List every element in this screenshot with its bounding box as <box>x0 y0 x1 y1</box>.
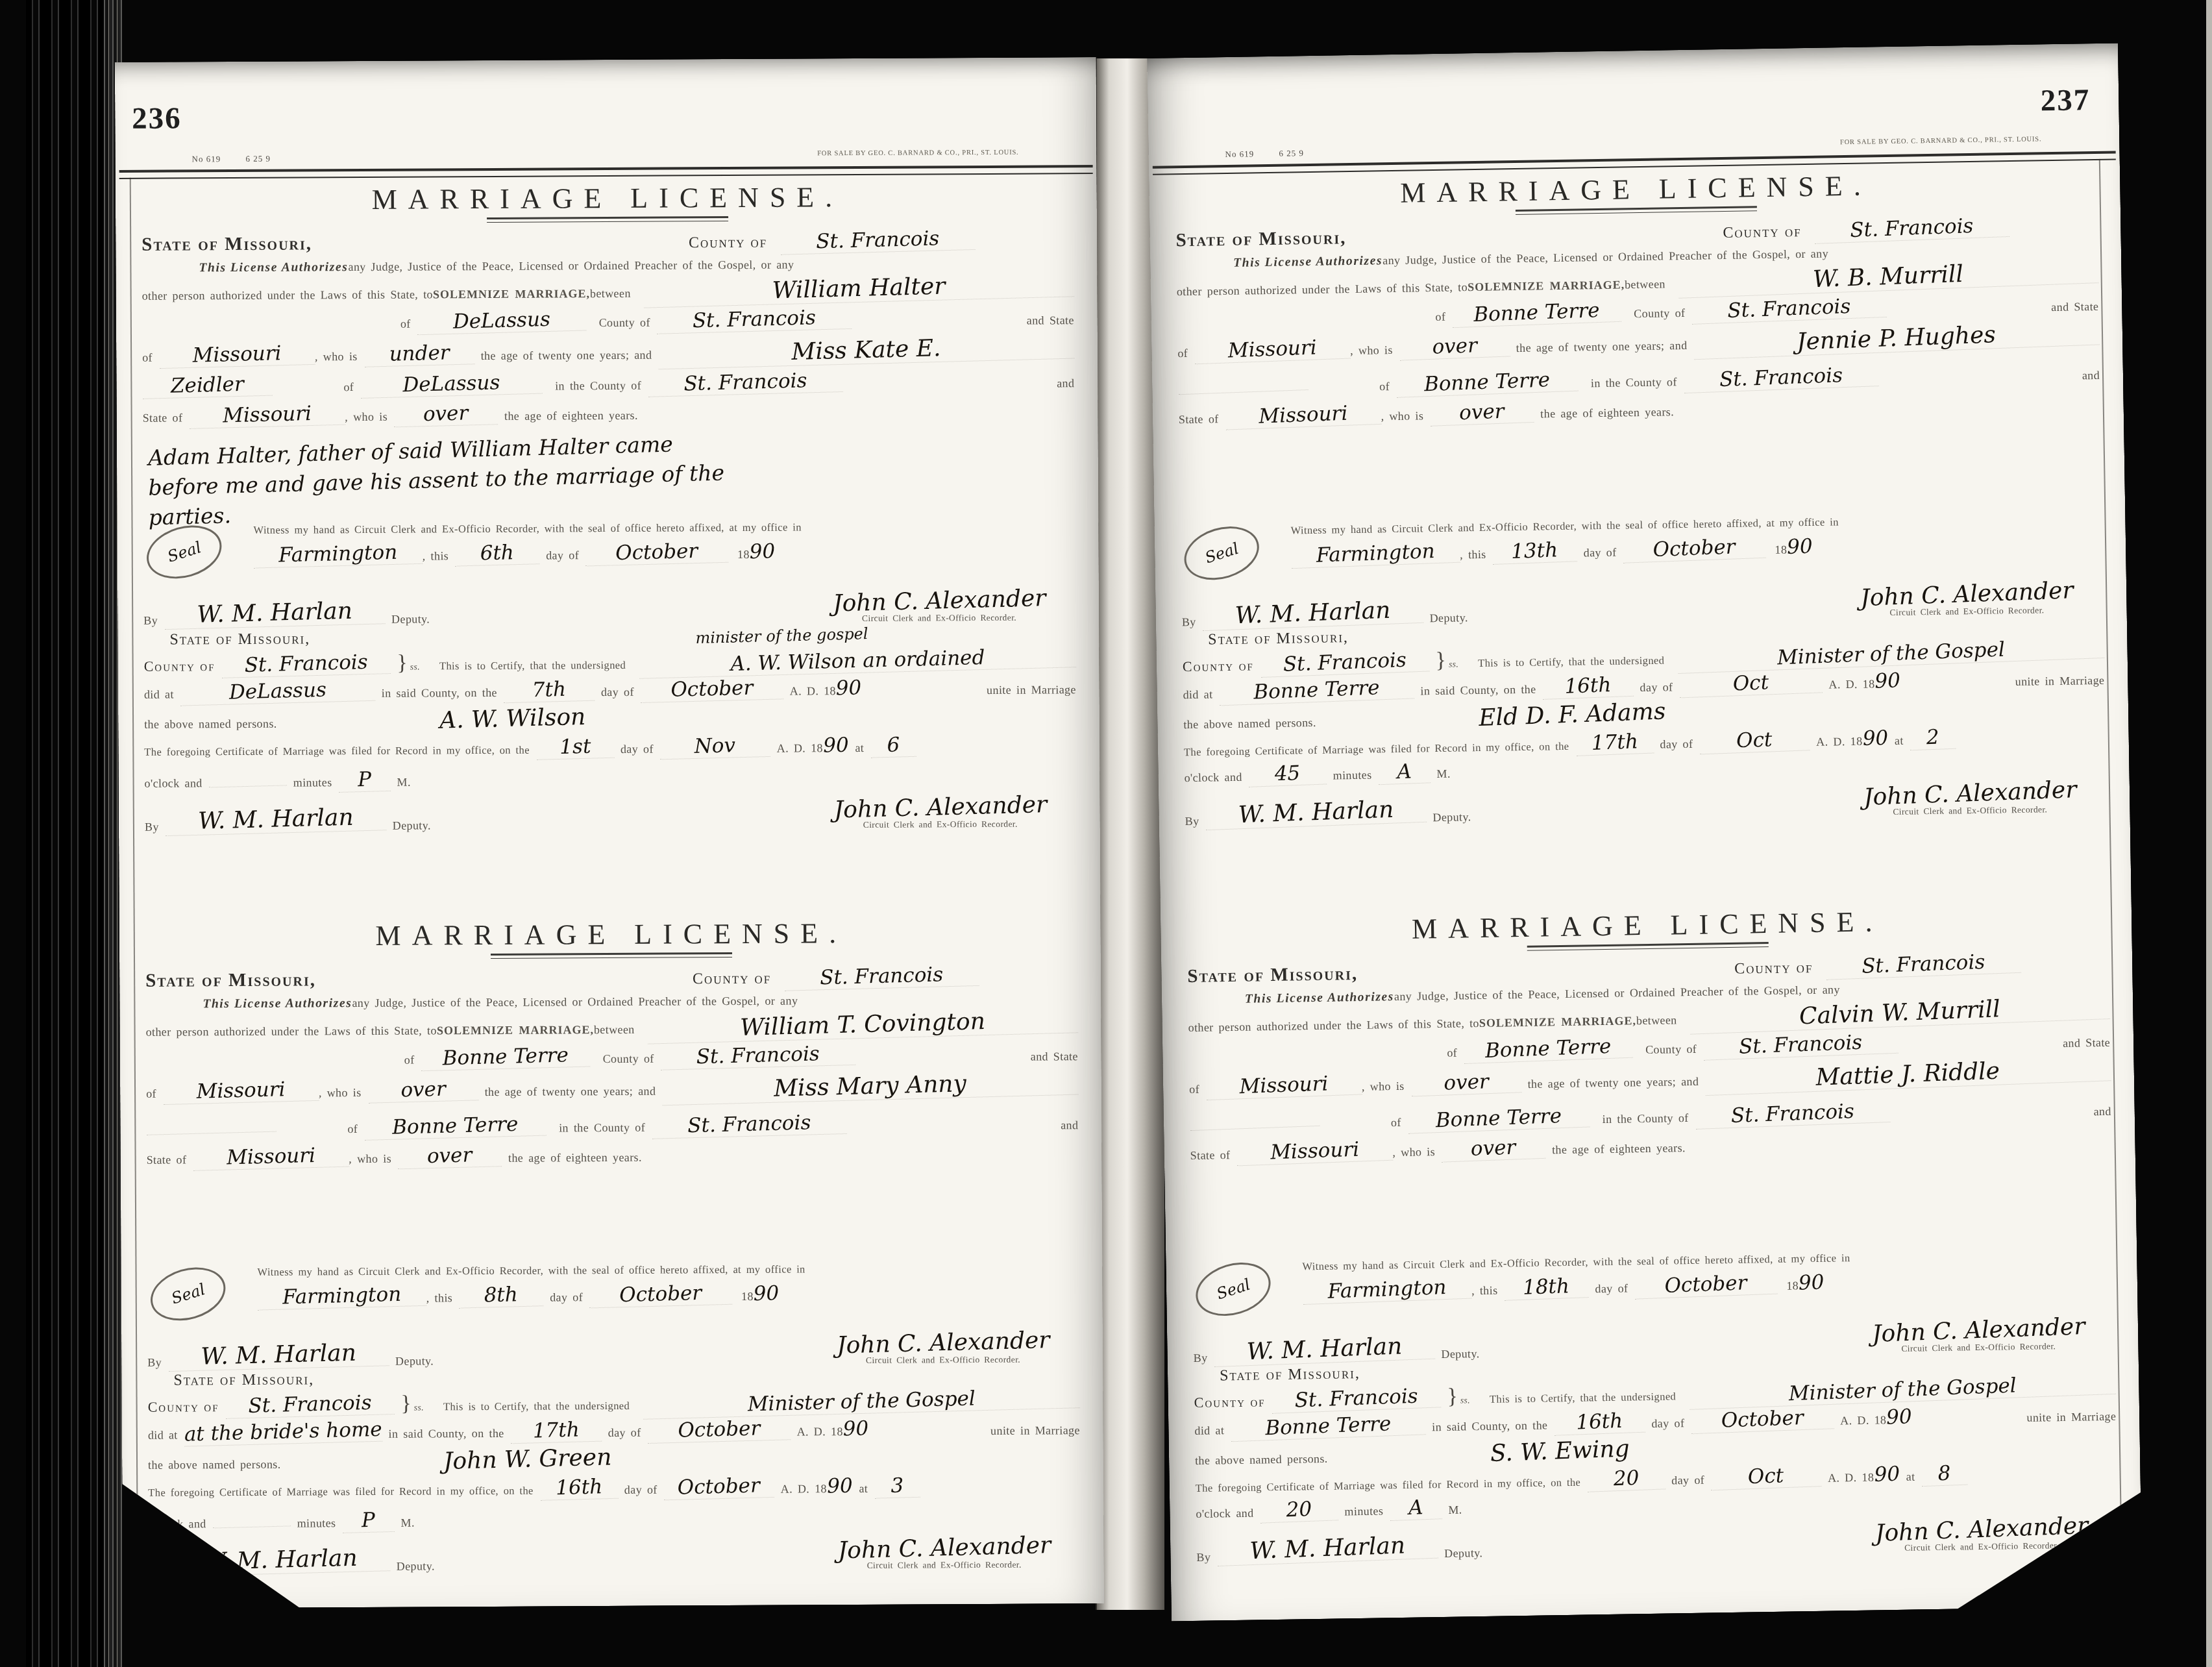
cert-state-row: State of Missouri, <box>147 1367 1079 1390</box>
cert-county: St. Francois <box>1272 1383 1441 1414</box>
auth-lead: This License Authorizes <box>1233 254 1382 271</box>
auth-rest: any Judge, Justice of the Peace, License… <box>1382 247 1828 267</box>
m-label: M. <box>1436 767 1451 781</box>
age-21-label: the age of twenty one years; and <box>481 349 652 363</box>
day-of-label: day of <box>601 685 634 699</box>
cert-county-row: County of St. Francois } ss. This is to … <box>144 647 1076 677</box>
above-named-label: the above named persons. <box>144 717 277 732</box>
groom-name: William Halter <box>643 269 1074 308</box>
auth-pre: other person authorized under the Laws o… <box>146 1024 437 1039</box>
did-at-label: did at <box>1183 687 1212 702</box>
clerk-signature: John C. Alexander <box>832 585 1046 617</box>
day-of-label: day of <box>550 1290 583 1304</box>
witness-day: 18th <box>1504 1274 1589 1301</box>
filing-block: The foregoing Certificate of Marriage wa… <box>144 732 1076 793</box>
title-underline <box>487 216 728 223</box>
witness-day: 6th <box>455 540 540 566</box>
marriage-date-row: did at at the bride's home in said Count… <box>148 1416 1080 1445</box>
ad-label: A. D. 18 <box>797 1425 843 1439</box>
brace: } <box>1447 1385 1458 1409</box>
of-label: of <box>1189 1083 1199 1096</box>
solemnize-label: SOLEMNIZE MARRIAGE, <box>433 287 590 301</box>
who-is-label: , who is <box>345 410 387 424</box>
witness-day: 13th <box>1492 537 1577 565</box>
clerk-signature-2: John C. Alexander <box>833 791 1047 824</box>
state-of-label: State of <box>1179 412 1219 426</box>
witness-block: Seal Witness my hand as Circuit Clerk an… <box>143 519 1075 587</box>
ad-label: A. D. 18 <box>1840 1413 1887 1427</box>
age-21-label: the age of twenty one years; and <box>485 1085 656 1099</box>
groom-age-qualifier: over <box>367 1076 478 1103</box>
of-label: of <box>1435 310 1445 324</box>
form-number-extra: 6 25 9 <box>1279 148 1304 158</box>
seal-text: Seal <box>165 538 203 566</box>
cert-state-heading: State of Missouri, <box>1220 1365 1360 1385</box>
minister-signature: S. W. Ewing <box>1490 1435 1630 1467</box>
signature-row-2: By W. M. Harlan Deputy. John C. Alexande… <box>145 793 1077 834</box>
m-label: M. <box>400 1516 414 1530</box>
deputy-label: Deputy. <box>393 819 431 832</box>
of-label: of <box>404 1054 415 1067</box>
solemnize-label: SOLEMNIZE MARRIAGE, <box>1479 1014 1636 1030</box>
state-of-label: State of <box>143 411 183 425</box>
minutes-label: minutes <box>293 776 332 789</box>
bride-name-overflow: Zeidler <box>142 372 273 399</box>
above-named-label: the above named persons. <box>1183 716 1316 732</box>
cert-county: St. Francois <box>225 1390 395 1419</box>
county-of-label: County of <box>1634 306 1685 321</box>
county-of-label: County of <box>1645 1043 1697 1057</box>
minutes-label: minutes <box>297 1516 336 1530</box>
witness-date-row: Farmington , this 18th day of October 18… <box>1303 1266 2114 1303</box>
cert-state-heading: State of Missouri, <box>1208 629 1349 648</box>
filed-day: 17th <box>1575 730 1654 756</box>
filed-minutes: 20 <box>1260 1496 1338 1523</box>
deputy-signature-2: W. M. Harlan <box>1205 795 1427 830</box>
county-value: St. Francois <box>784 962 979 991</box>
witness-place: Farmington <box>1302 1275 1471 1305</box>
groom-county: St. Francois <box>1703 1030 1899 1061</box>
in-said-county-label: in said County, on the <box>389 1427 504 1441</box>
bride-name: Jennie P. Hughes <box>1693 317 2100 360</box>
minister-signature: Eld D. F. Adams <box>1478 698 1665 732</box>
witness-place: Farmington <box>257 1282 426 1311</box>
authorization-line-2: other person authorized under the Laws o… <box>145 1010 1077 1043</box>
year-prefix: 18 <box>1786 1279 1799 1292</box>
groom-county: St. Francois <box>1691 293 1887 325</box>
ad-label: A. D. 18 <box>1828 1471 1874 1485</box>
filed-year: 90 <box>1862 726 1889 750</box>
and-label: and <box>2093 1105 2111 1118</box>
witness-block: Seal Witness my hand as Circuit Clerk an… <box>147 1261 1079 1329</box>
who-is-label: , who is <box>319 1086 362 1100</box>
and-state-label: and State <box>2063 1036 2110 1050</box>
bride-county: St. Francois <box>648 368 843 397</box>
day-of-label: day of <box>546 549 579 562</box>
seal-mark: Seal <box>1189 1254 1277 1325</box>
brace: } <box>397 651 408 676</box>
groom-state-row: of Missouri , who is over the age of twe… <box>146 1072 1078 1104</box>
county-of-label: County of <box>599 316 650 330</box>
witness-statement: Witness my hand as Circuit Clerk and Ex-… <box>253 521 801 536</box>
witness-month: October <box>585 539 729 567</box>
printer-imprint: FOR SALE BY GEO. C. BARNARD & CO., PRI.,… <box>817 149 1018 158</box>
clerk-signature-block: John C. Alexander Circuit Clerk and Ex-O… <box>1860 580 2074 619</box>
filed-statement: The foregoing Certificate of Marriage wa… <box>1196 1476 1581 1495</box>
marriage-year: 90 <box>1886 1405 1913 1429</box>
groom-residence: Bonne Terre <box>421 1043 590 1071</box>
who-is-label: , who is <box>1392 1145 1435 1159</box>
in-said-county-label: in said County, on the <box>1420 683 1536 698</box>
seal-text: Seal <box>1203 539 1241 567</box>
county-label: County of <box>1723 223 1802 242</box>
clerk-signature-block-2: John C. Alexander Circuit Clerk and Ex-O… <box>1863 779 2076 818</box>
filed-day: 16th <box>539 1475 618 1501</box>
clerk-signature-block-2: John C. Alexander Circuit Clerk and Ex-O… <box>837 1534 1051 1571</box>
who-is-label: , who is <box>1362 1080 1405 1094</box>
bride-residence: DeLassus <box>360 370 543 399</box>
of-label: of <box>142 351 153 365</box>
certify-statement: This is to Certify, that the undersigned <box>439 659 626 673</box>
at-label: at <box>1906 1470 1915 1484</box>
cert-state-heading: State of Missouri, <box>169 630 310 648</box>
and-label: and <box>1061 1118 1078 1132</box>
groom-state: Missouri <box>1205 1070 1362 1100</box>
minister-signature-row: the above named persons. John W. Green <box>148 1443 1080 1475</box>
deputy-label: Deputy. <box>391 612 430 626</box>
county-of-label: County of <box>603 1052 654 1066</box>
witness-place: Farmington <box>253 540 423 569</box>
marriage-day: 16th <box>1554 1409 1645 1436</box>
marriage-month: October <box>647 1416 791 1444</box>
groom-state: Missouri <box>162 1077 319 1105</box>
day-of-label: day of <box>1651 1416 1684 1431</box>
oclock-label: o'clock and <box>1196 1507 1253 1521</box>
county-value: St. Francois <box>1826 949 2021 980</box>
of-label: of <box>1447 1046 1457 1060</box>
by-label: By <box>1185 815 1199 828</box>
bride-county: St. Francois <box>1695 1098 1890 1130</box>
consent-note <box>147 1170 1079 1265</box>
license-title: MARRIAGE LICENSE. <box>141 179 1074 217</box>
state-heading: State of Missouri, <box>141 233 312 255</box>
groom-county: St. Francois <box>656 305 852 334</box>
filed-day: 1st <box>535 734 614 760</box>
bride-residence: Bonne Terre <box>1395 367 1578 398</box>
in-county-of-label: in the County of <box>555 379 641 393</box>
witness-place: Farmington <box>1291 539 1460 569</box>
in-county-of-label: in the County of <box>559 1121 645 1135</box>
witness-year: 90 <box>1798 1270 1825 1294</box>
marriage-license-form: MARRIAGE LICENSE. State of Missouri, Cou… <box>1175 166 2107 831</box>
groom-residence: Bonne Terre <box>1463 1034 1632 1065</box>
consent-note: Adam Halter, father of said William Halt… <box>143 428 1075 523</box>
seal-mark: Seal <box>140 517 228 587</box>
deputy-label: Deputy. <box>1429 611 1468 625</box>
bride-state: Missouri <box>193 1143 349 1171</box>
this-label: , this <box>1460 548 1486 562</box>
form-number: No 619 6 25 9 <box>192 154 271 165</box>
deputy-label: Deputy. <box>1444 1546 1482 1561</box>
filed-ampm: A <box>1378 759 1431 785</box>
minister-signature-row: the above named persons. A. W. Wilson <box>144 702 1076 734</box>
form-number-value: No 619 <box>1225 149 1254 159</box>
witness-month: October <box>1623 534 1766 563</box>
title-underline <box>491 952 732 959</box>
in-said-county-label: in said County, on the <box>382 686 497 700</box>
of-label: of <box>1177 347 1188 360</box>
groom-residence-row: of DeLassus County of St. Francois and S… <box>142 306 1074 335</box>
bride-residence-row: of Bonne Terre in the County of St. Fran… <box>146 1105 1078 1140</box>
by-label: By <box>1193 1352 1207 1365</box>
filed-month: Nov <box>659 733 770 759</box>
ad-label: A. D. 18 <box>1828 677 1875 691</box>
witness-block: Seal Witness my hand as Circuit Clerk an… <box>1181 512 2103 588</box>
of-label: of <box>146 1087 156 1101</box>
solemnize-label: SOLEMNIZE MARRIAGE, <box>1468 278 1625 294</box>
filed-time-row: o'clock and minutes P M. <box>144 758 1076 793</box>
certify-statement: This is to Certify, that the undersigned <box>443 1400 630 1414</box>
brace: } <box>1435 648 1446 673</box>
by-label: By <box>145 821 159 834</box>
filed-statement: The foregoing Certificate of Marriage wa… <box>144 744 530 759</box>
age-18-label: the age of eighteen years. <box>504 409 638 423</box>
county-value: St. Francois <box>1814 213 2009 244</box>
day-of-label: day of <box>624 1483 657 1497</box>
unite-label: unite in Marriage <box>2015 674 2105 689</box>
filed-hour: 6 <box>870 733 916 758</box>
deputy-label: Deputy. <box>1432 810 1471 824</box>
seal-mark: Seal <box>1177 518 1266 589</box>
page-right: 237 No 619 6 25 9 FOR SALE BY GEO. C. BA… <box>1147 43 2143 1621</box>
auth-pre: other person authorized under the Laws o… <box>142 288 433 303</box>
marriage-place: DeLassus <box>180 677 375 706</box>
county-label: County of <box>1734 959 1813 978</box>
state-county-row: State of Missouri, County of St. Francoi… <box>145 963 1077 993</box>
bride-name-overflow <box>1177 366 1308 395</box>
auth-rest: any Judge, Justice of the Peace, License… <box>352 994 798 1010</box>
in-said-county-label: in said County, on the <box>1432 1418 1547 1434</box>
form-number-extra: 6 25 9 <box>245 154 271 164</box>
bride-residence: Bonne Terre <box>364 1112 547 1141</box>
auth-rest: any Judge, Justice of the Peace, License… <box>1394 983 1840 1004</box>
license-slot: MARRIAGE LICENSE. State of Missouri, Cou… <box>116 179 1097 184</box>
and-label: and <box>1057 377 1074 390</box>
deputy-label: Deputy. <box>397 1559 435 1573</box>
by-label: By <box>143 614 158 628</box>
clerk-signature: John C. Alexander <box>836 1327 1050 1359</box>
license-title: MARRIAGE LICENSE. <box>145 915 1077 954</box>
oclock-label: o'clock and <box>145 776 203 790</box>
bride-age-qualifier: over <box>1441 1135 1545 1163</box>
did-at-label: did at <box>148 1428 178 1442</box>
by-label: By <box>1182 615 1196 629</box>
witness-statement-row: Witness my hand as Circuit Clerk and Ex-… <box>257 1261 1079 1279</box>
groom-residence-row: of Bonne Terre County of St. Francois an… <box>146 1042 1078 1071</box>
consent-note <box>1190 1157 2113 1261</box>
day-of-label: day of <box>1671 1474 1704 1488</box>
groom-residence: DeLassus <box>417 306 586 335</box>
deputy-signature: W. M. Harlan <box>164 597 386 630</box>
marriage-place: Bonne Terre <box>1219 674 1414 706</box>
minister-signature: John W. Green <box>443 1444 611 1475</box>
ad-label: A. D. 18 <box>1816 735 1863 749</box>
ss-label: ss. <box>414 1403 424 1413</box>
bride-name-overflow <box>146 1108 276 1135</box>
bride-age-qualifier: over <box>394 401 498 427</box>
seal-text: Seal <box>1214 1276 1253 1303</box>
groom-age-qualifier: over <box>1399 332 1510 360</box>
signature-row: By W. M. Harlan Deputy. John C. Alexande… <box>143 587 1075 628</box>
filed-minutes <box>208 761 287 787</box>
minister-description: minister of the gospel <box>695 624 868 647</box>
by-label: By <box>1196 1551 1210 1564</box>
age-18-label: the age of eighteen years. <box>1552 1141 1686 1157</box>
filed-day: 20 <box>1587 1465 1665 1492</box>
filed-statement: The foregoing Certificate of Marriage wa… <box>148 1485 534 1500</box>
state-heading: State of Missouri, <box>145 969 316 991</box>
margin-rule <box>130 178 138 1601</box>
who-is-label: , who is <box>1350 343 1393 358</box>
license-title: MARRIAGE LICENSE. <box>1186 902 2109 949</box>
county-value: St. Francois <box>780 226 976 255</box>
ss-label: ss. <box>1460 1395 1470 1405</box>
filed-ampm: A <box>1390 1495 1442 1521</box>
between-label: between <box>590 287 631 301</box>
in-county-of-label: in the County of <box>1603 1111 1689 1126</box>
state-heading: State of Missouri, <box>1175 227 1346 251</box>
of-label: of <box>347 1122 358 1136</box>
bride-county: St. Francois <box>652 1110 847 1139</box>
authorization-line-2: other person authorized under the Laws o… <box>142 274 1074 306</box>
consent-note <box>1179 421 2102 525</box>
filed-hour: 3 <box>874 1474 920 1499</box>
groom-state: Missouri <box>158 341 315 369</box>
auth-lead: This License Authorizes <box>203 996 352 1011</box>
between-label: between <box>1625 277 1665 291</box>
of-label: of <box>1391 1116 1401 1130</box>
bride-state: Missouri <box>189 401 345 429</box>
bride-age-qualifier: over <box>398 1142 502 1169</box>
clerk-signature-block-2: John C. Alexander Circuit Clerk and Ex-O… <box>1874 1514 2088 1553</box>
groom-age-qualifier: over <box>1410 1068 1521 1096</box>
clerk-signature-block: John C. Alexander Circuit Clerk and Ex-O… <box>833 587 1046 624</box>
filed-year: 90 <box>826 1474 852 1498</box>
witness-month: October <box>1634 1270 1778 1300</box>
witness-day: 8th <box>459 1282 544 1308</box>
ss-label: ss. <box>410 662 420 673</box>
title-underline <box>1527 942 1769 951</box>
marriage-year: 90 <box>835 676 861 700</box>
filed-month: Oct <box>1710 1463 1821 1490</box>
cert-county: St. Francois <box>221 650 391 678</box>
groom-state: Missouri <box>1194 335 1350 365</box>
oclock-label: o'clock and <box>1184 771 1242 785</box>
bride-age-qualifier: over <box>1430 399 1534 426</box>
bride-state: Missouri <box>1236 1137 1393 1167</box>
deputy-signature: W. M. Harlan <box>168 1339 389 1372</box>
year-prefix: 18 <box>737 548 750 562</box>
witness-date-row: Farmington , this 8th day of October 18 … <box>258 1280 1079 1309</box>
page-edge-sliver <box>2206 0 2212 1667</box>
witness-date-row: Farmington , this 6th day of October 18 … <box>254 538 1075 567</box>
filed-statement: The foregoing Certificate of Marriage wa… <box>1184 740 1569 759</box>
filed-hour: 2 <box>1910 725 1956 751</box>
county-label: County of <box>689 234 767 253</box>
deputy-signature-2: W. M. Harlan <box>169 1544 390 1577</box>
and-state-label: and State <box>1027 314 1074 327</box>
ad-label: A. D. 18 <box>777 741 823 755</box>
brace: } <box>400 1392 412 1416</box>
license-slot: MARRIAGE LICENSE. State of Missouri, Cou… <box>1161 901 2132 916</box>
filed-ampm: P <box>338 767 391 793</box>
m-label: M. <box>397 776 410 789</box>
witness-year: 90 <box>753 1281 779 1305</box>
deputy-label: Deputy. <box>1441 1347 1479 1361</box>
filed-month: Oct <box>1699 726 1810 754</box>
bride-name: Miss Mary Anny <box>662 1068 1079 1106</box>
this-label: , this <box>423 549 449 563</box>
marriage-day: 16th <box>1542 673 1634 700</box>
day-of-label: day of <box>1595 1281 1628 1296</box>
bride-state-row: State of Missouri , who is over the age … <box>147 1141 1079 1170</box>
bride-residence: Bonne Terre <box>1407 1103 1590 1133</box>
auth-lead: This License Authorizes <box>1245 990 1394 1007</box>
year-prefix: 18 <box>1775 543 1787 557</box>
signature-row-2: By W. M. Harlan Deputy. John C. Alexande… <box>149 1534 1081 1575</box>
filed-ampm: P <box>342 1508 395 1533</box>
marriage-license-form: MARRIAGE LICENSE. State of Missouri, Cou… <box>145 915 1081 1577</box>
between-label: between <box>594 1023 635 1037</box>
and-state-label: and State <box>1031 1050 1078 1063</box>
deputy-signature-2: W. M. Harlan <box>1216 1531 1438 1566</box>
bride-name: Mattie J. Riddle <box>1705 1054 2111 1096</box>
age-21-label: the age of twenty one years; and <box>1527 1075 1699 1091</box>
marriage-day: 7th <box>503 677 595 704</box>
form-number: No 619 6 25 9 <box>1225 148 1304 160</box>
unite-label: unite in Marriage <box>990 1424 1080 1438</box>
solemnize-label: SOLEMNIZE MARRIAGE, <box>437 1023 594 1037</box>
bride-name: Miss Kate E. <box>658 332 1075 370</box>
of-label: of <box>1379 380 1390 393</box>
day-of-label: day of <box>1640 680 1673 695</box>
witness-year: 90 <box>749 539 775 563</box>
above-named-label: the above named persons. <box>1195 1452 1328 1468</box>
m-label: M. <box>1448 1503 1462 1517</box>
witness-statement: Witness my hand as Circuit Clerk and Ex-… <box>257 1263 805 1278</box>
marriage-year: 90 <box>1874 669 1901 693</box>
printer-imprint: FOR SALE BY GEO. C. BARNARD & CO., PRI.,… <box>1840 136 2041 146</box>
at-label: at <box>1895 734 1904 748</box>
filing-block: The foregoing Certificate of Marriage wa… <box>1184 723 2106 787</box>
ad-label: A. D. 18 <box>790 684 836 698</box>
at-label: at <box>855 741 864 755</box>
scanned-marriage-register: 236 No 619 6 25 9 FOR SALE BY GEO. C. BA… <box>0 0 2212 1667</box>
filed-year: 90 <box>822 734 848 758</box>
minister-line: Minister of the Gospel <box>643 1384 1080 1420</box>
certificate-block: State of Missouri, County of St. Francoi… <box>147 1367 1080 1475</box>
year-prefix: 18 <box>741 1290 754 1303</box>
minutes-label: minutes <box>1333 769 1372 783</box>
marriage-license-form: MARRIAGE LICENSE. State of Missouri, Cou… <box>141 179 1077 837</box>
witness-month: October <box>589 1281 733 1309</box>
signature-row-2: By W. M. Harlan Deputy. John C. Alexande… <box>1185 778 2107 828</box>
and-label: and <box>2082 369 2100 382</box>
seal-mark: Seal <box>144 1259 232 1329</box>
signature-row-2: By W. M. Harlan Deputy. John C. Alexande… <box>1196 1514 2119 1564</box>
of-label: of <box>400 317 411 331</box>
certificate-block: State of Missouri, County of St. Francoi… <box>1182 617 2105 734</box>
